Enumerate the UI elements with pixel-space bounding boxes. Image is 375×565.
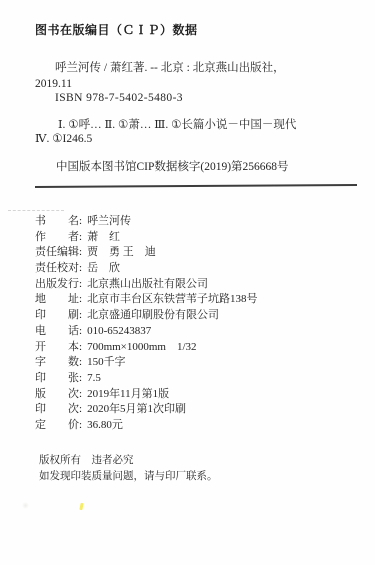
info-colon: :: [79, 261, 82, 277]
info-value: 150千字: [87, 356, 126, 368]
info-row: 定 价:36.80元: [35, 418, 258, 434]
info-label: 地 址: [35, 292, 79, 308]
info-row: 出版发行:北京燕山出版社有限公司: [35, 277, 258, 293]
info-value: 36.80元: [87, 419, 123, 431]
cip-section-title: 图书在版编目（ＣＩＰ）数据: [35, 23, 198, 38]
info-colon: :: [79, 371, 82, 387]
info-value: 北京盛通印刷股份有限公司: [87, 309, 219, 321]
info-label: 印 张: [35, 371, 79, 387]
cip-description-line2: 2019.11: [35, 77, 72, 91]
info-label: 开 本: [35, 340, 79, 356]
copyright-notice: 版权所有 违者必究: [39, 454, 134, 467]
info-label: 版 次: [35, 387, 79, 403]
divider-line: [35, 184, 357, 188]
info-label: 印 刷: [35, 308, 79, 324]
info-row: 字 数:150千字: [35, 355, 258, 371]
scan-artifact-smudge: [22, 502, 29, 509]
info-label: 出版发行: [35, 277, 79, 293]
info-row: 责任编辑:贾 勇 王 迪: [35, 245, 258, 261]
info-colon: :: [79, 214, 82, 230]
info-label: 责任校对: [35, 261, 79, 277]
info-value: 萧 红: [87, 231, 120, 243]
info-colon: :: [79, 418, 82, 434]
info-colon: :: [79, 277, 82, 293]
info-row: 责任校对:岳 欣: [35, 261, 258, 277]
info-label: 印 次: [35, 402, 79, 418]
info-value: 010-65243837: [87, 325, 151, 337]
info-colon: :: [79, 340, 82, 356]
info-value: 北京市丰台区东铁营苇子坑路138号: [87, 293, 258, 305]
info-label: 责任编辑: [35, 245, 79, 261]
info-row: 电 话:010-65243837: [35, 324, 258, 340]
info-row: 地 址:北京市丰台区东铁营苇子坑路138号: [35, 292, 258, 308]
quality-notice: 如发现印装质量问题，请与印厂联系。: [39, 470, 218, 483]
info-colon: :: [79, 230, 82, 246]
info-row: 版 次:2019年11月第1版: [35, 387, 258, 403]
cip-classification-line1: Ⅰ. ①呼… Ⅱ. ①萧… Ⅲ. ①长篇小说－中国－现代: [58, 118, 296, 132]
info-value: 2020年5月第1次印刷: [87, 403, 186, 415]
info-row: 开 本:700mm×1000mm 1/32: [35, 340, 258, 356]
book-copyright-page: 图书在版编目（ＣＩＰ）数据 呼兰河传 / 萧红著. -- 北京 : 北京燕山出版…: [0, 0, 375, 565]
cip-isbn: ISBN 978-7-5402-5480-3: [55, 91, 183, 105]
info-row: 作 者:萧 红: [35, 230, 258, 246]
scan-artifact-speck: [79, 503, 83, 510]
info-colon: :: [79, 324, 82, 340]
info-colon: :: [79, 355, 82, 371]
info-value: 贾 勇 王 迪: [87, 246, 156, 258]
info-value: 7.5: [87, 372, 101, 384]
cip-registration-number: 中国版本图书馆CIP数据核字(2019)第256668号: [56, 160, 289, 174]
info-value: 700mm×1000mm 1/32: [87, 341, 196, 353]
info-value: 2019年11月第1版: [87, 388, 169, 400]
info-row: 印 张:7.5: [35, 371, 258, 387]
info-value: 北京燕山出版社有限公司: [87, 278, 208, 290]
info-colon: :: [79, 292, 82, 308]
info-label: 作 者: [35, 230, 79, 246]
cip-description-line1: 呼兰河传 / 萧红著. -- 北京 : 北京燕山出版社，: [55, 61, 285, 75]
info-label: 电 话: [35, 324, 79, 340]
info-colon: :: [79, 308, 82, 324]
info-colon: :: [79, 245, 82, 261]
info-value: 岳 欣: [87, 262, 120, 274]
info-colon: :: [79, 387, 82, 403]
publication-info: 书 名:呼兰河传作 者:萧 红责任编辑:贾 勇 王 迪责任校对:岳 欣出版发行:…: [35, 214, 258, 434]
info-row: 印 次:2020年5月第1次印刷: [35, 402, 258, 418]
cip-classification-line2: Ⅳ. ①I246.5: [35, 132, 92, 146]
info-row: 书 名:呼兰河传: [35, 214, 258, 230]
info-label: 字 数: [35, 355, 79, 371]
scan-artifact-dashes: [8, 210, 64, 211]
info-label: 书 名: [35, 214, 79, 230]
info-row: 印 刷:北京盛通印刷股份有限公司: [35, 308, 258, 324]
info-value: 呼兰河传: [87, 215, 131, 227]
info-colon: :: [79, 402, 82, 418]
info-label: 定 价: [35, 418, 79, 434]
